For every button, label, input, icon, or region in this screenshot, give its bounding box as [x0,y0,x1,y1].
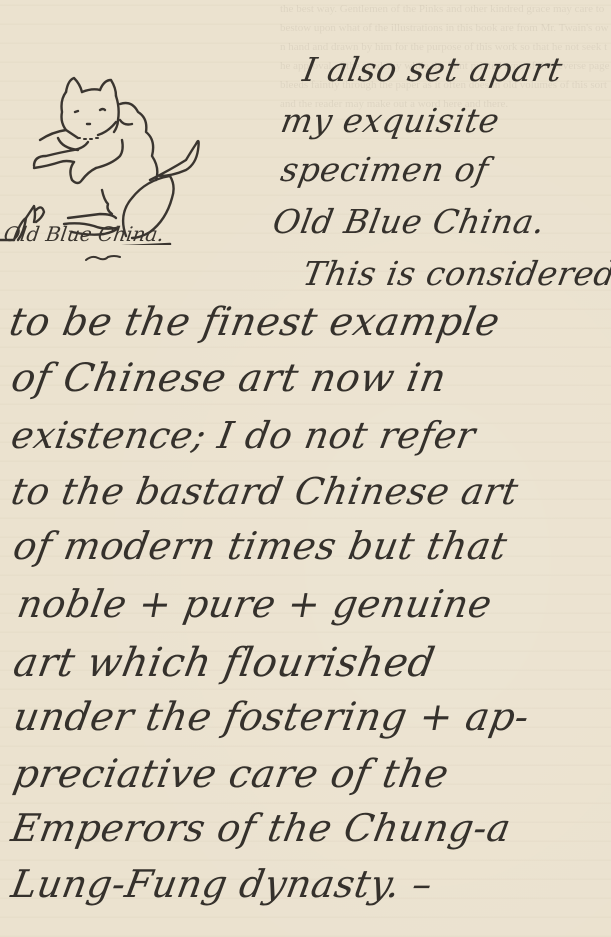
handwritten-line: of Chinese art now in [8,356,450,401]
handwritten-line: preciative care of the [10,752,452,797]
handwritten-line: existence; I do not refer [8,414,479,457]
illustration-caption: Old Blue China. [2,222,165,246]
handwritten-line: my exquisite [278,101,503,140]
handwritten-line: art which flourished [10,640,438,686]
handwritten-line: to the bastard Chinese art [8,470,522,513]
handwritten-line: noble + pure + genuine [14,582,495,626]
handwritten-line: Old Blue China. [270,202,548,241]
squiggle-underline-icon [84,253,124,263]
handwritten-line: specimen of [278,150,492,189]
handwritten-line: of modern times but that [10,524,511,568]
paper-page: the best way. Gentlemen of the Pinks and… [0,0,611,937]
handwritten-line: to be the finest example [6,300,503,345]
handwritten-line: I also set apart [300,50,566,89]
handwritten-line: Lung-Fung dynasty. – [8,862,436,906]
handwritten-line: This is considered [300,254,611,293]
handwritten-line: under the fostering + ap- [10,695,533,740]
handwritten-line: Emperors of the Chung-a [8,806,514,850]
cat-drawing-icon [0,35,220,245]
